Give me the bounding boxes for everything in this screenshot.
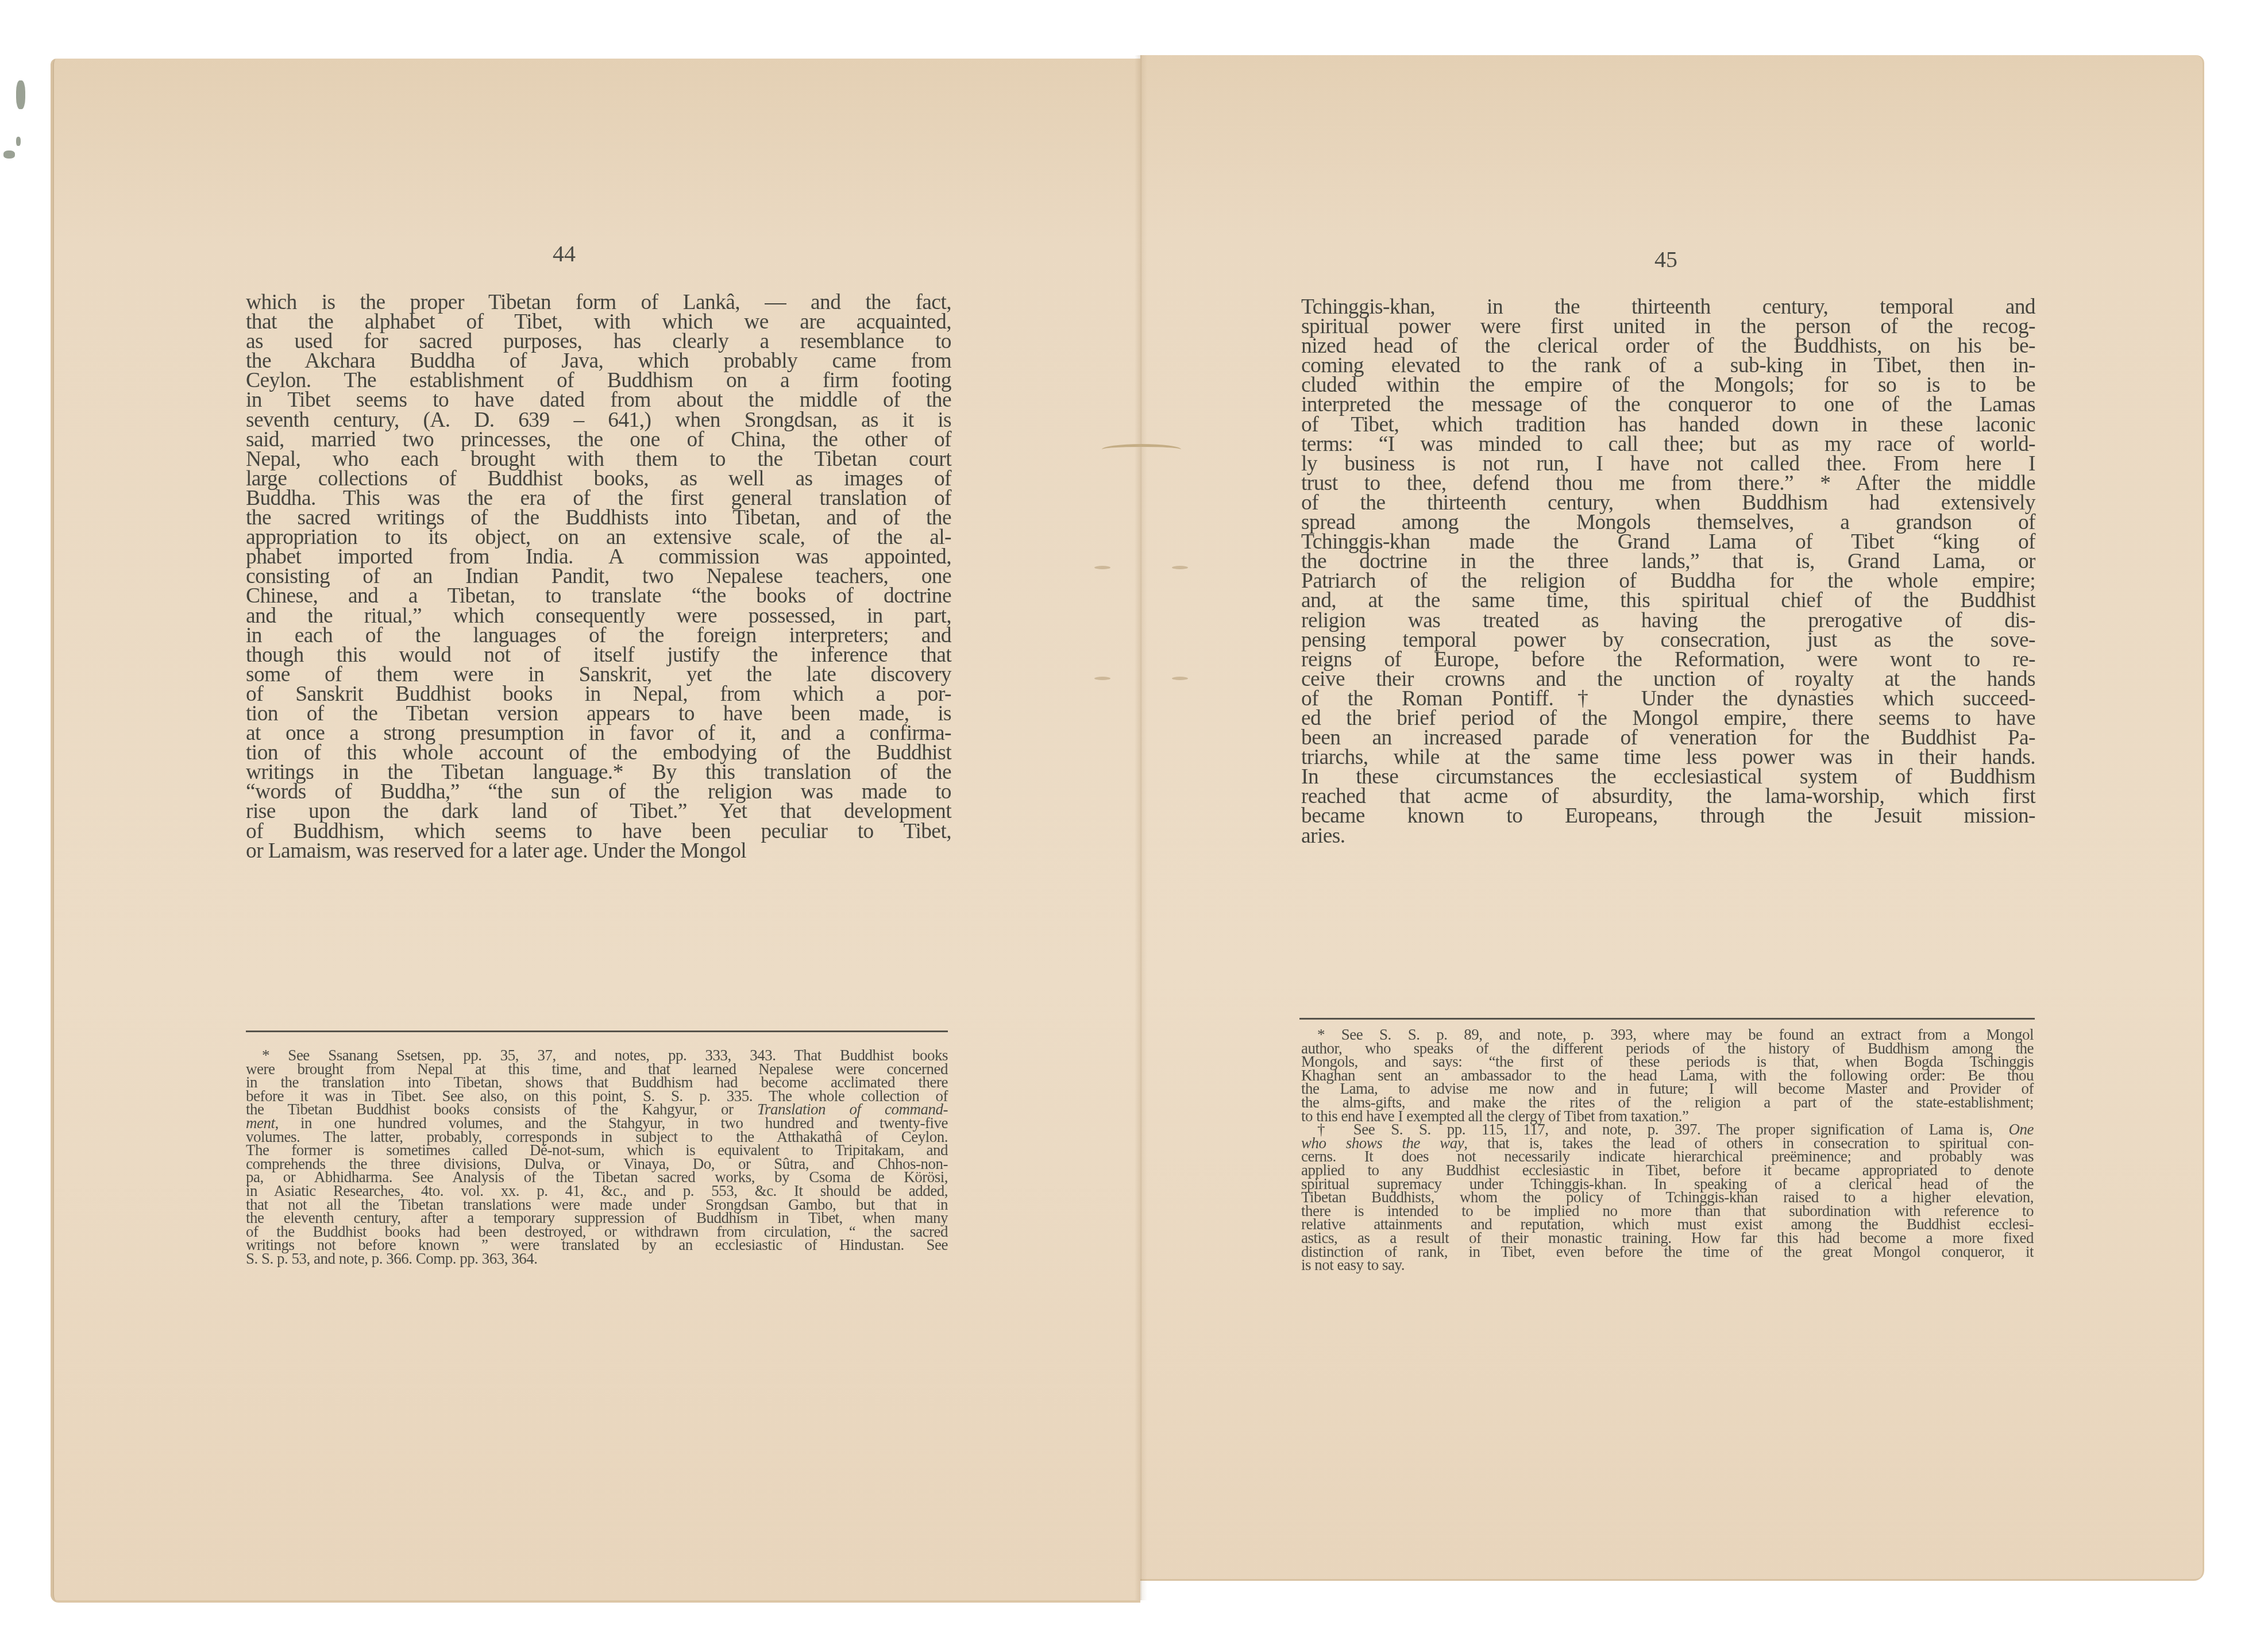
text-line: ed the brief period of the Mongol empire… xyxy=(1301,709,2035,728)
text-line: rise upon the dark land of Tibet.” Yet t… xyxy=(246,802,951,821)
footnote-line: is not easy to say. xyxy=(1301,1259,2034,1272)
debris-speck xyxy=(16,137,21,146)
text-line: ceive their crowns and the unction of ro… xyxy=(1301,670,2035,689)
text-line: trust to thee, defend thou me from there… xyxy=(1301,474,2035,493)
text-line: and, at the same time, this spiritual ch… xyxy=(1301,591,2035,611)
text-line: coming elevated to the rank of a sub-kin… xyxy=(1301,356,2035,376)
text-line: of Tibet, which tradition has handed dow… xyxy=(1301,415,2035,435)
text-line: the doctrine in the three lands,” that i… xyxy=(1301,552,2035,572)
text-line: seventh century, (A. D. 639 – 641,) when… xyxy=(246,411,951,430)
text-line: the Akchara Buddha of Java, which probab… xyxy=(246,352,951,371)
text-line: of the thirteenth century, when Buddhism… xyxy=(1301,493,2035,513)
text-line: writings in the Tibetan language.* By th… xyxy=(246,763,951,782)
footnote-line: S. S. p. 53, and note, p. 366. Comp. pp.… xyxy=(246,1252,948,1266)
text-line: religion was treated as having the prero… xyxy=(1301,611,2035,631)
text-line: in Tibet seems to have dated from about … xyxy=(246,391,951,410)
text-line: which is the proper Tibetan form of Lank… xyxy=(246,293,951,312)
text-line: reigns of Europe, before the Reformation… xyxy=(1301,650,2035,670)
text-line: appropriation to its object, on an exten… xyxy=(246,528,951,547)
text-line: pensing temporal power by consecration, … xyxy=(1301,631,2035,650)
text-line: been an increased parade of veneration f… xyxy=(1301,728,2035,748)
binding-hole xyxy=(1094,677,1110,680)
text-line: Chinese, and a Tibetan, to translate “th… xyxy=(246,586,951,606)
text-line: Tchinggis-khan made the Grand Lama of Ti… xyxy=(1301,532,2035,552)
left-footnotes: * See Ssanang Ssetsen, pp. 35, 37, and n… xyxy=(246,1049,948,1266)
text-line: tion of the Tibetan version appears to h… xyxy=(246,704,951,724)
right-footnotes: * See S. S. p. 89, and note, p. 393, whe… xyxy=(1301,1028,2034,1272)
text-line: that the alphabet of Tibet, with which w… xyxy=(246,312,951,332)
text-line: in each of the languages of the foreign … xyxy=(246,626,951,646)
left-body-text: which is the proper Tibetan form of Lank… xyxy=(246,293,951,861)
binding-hole xyxy=(1172,566,1188,569)
text-line: large collections of Buddhist books, as … xyxy=(246,469,951,489)
text-line: at once a strong presumption in favor of… xyxy=(246,724,951,743)
book-spine xyxy=(1135,55,1147,1600)
text-line: became known to Europeans, through the J… xyxy=(1301,806,2035,826)
binding-hole xyxy=(1094,566,1110,569)
text-line: In these circumstances the ecclesiastica… xyxy=(1301,767,2035,787)
text-line: some of them were in Sanskrit, yet the l… xyxy=(246,665,951,685)
footnote-rule-right xyxy=(1299,1018,2035,1020)
footnote-rule-left xyxy=(246,1031,948,1032)
text-line: of Sanskrit Buddhist books in Nepal, fro… xyxy=(246,685,951,704)
text-line: though this would not of itself justify … xyxy=(246,646,951,665)
text-line: consisting of an Indian Pandit, two Nepa… xyxy=(246,567,951,586)
text-line: Ceylon. The establishment of Buddhism on… xyxy=(246,371,951,391)
text-line: aries. xyxy=(1301,827,2035,846)
text-line: spread among the Mongols themselves, a g… xyxy=(1301,513,2035,532)
text-line: or Lamaism, was reserved for a later age… xyxy=(246,842,951,861)
text-line: as used for sacred purposes, has clearly… xyxy=(246,332,951,352)
text-line: the sacred writings of the Buddhists int… xyxy=(246,508,951,528)
text-line: Tchinggis-khan, in the thirteenth centur… xyxy=(1301,298,2035,317)
binding-thread xyxy=(1102,444,1181,455)
binding-hole xyxy=(1172,677,1188,680)
text-line: ly business is not run, I have not calle… xyxy=(1301,454,2035,474)
text-line: reached that acme of absurdity, the lama… xyxy=(1301,787,2035,806)
text-line: of the Roman Pontiff.† Under the dynasti… xyxy=(1301,689,2035,709)
page-number-right: 45 xyxy=(1631,246,1700,273)
debris-speck xyxy=(3,150,15,159)
text-line: phabet imported from India. A commission… xyxy=(246,547,951,567)
text-line: cluded within the empire of the Mongols;… xyxy=(1301,376,2035,395)
text-line: terms: “I was minded to call thee; but a… xyxy=(1301,435,2035,454)
text-line: spiritual power were first united in the… xyxy=(1301,317,2035,337)
footnote-line: distinction of rank, in Tibet, even befo… xyxy=(1301,1245,2034,1259)
text-line: said, married two princesses, the one of… xyxy=(246,430,951,450)
text-line: interpreted the message of the conqueror… xyxy=(1301,395,2035,415)
debris-speck xyxy=(16,80,25,109)
text-line: tion of this whole account of the embody… xyxy=(246,743,951,763)
text-line: Patriarch of the religion of Buddha for … xyxy=(1301,572,2035,591)
text-line: nized head of the clerical order of the … xyxy=(1301,337,2035,356)
text-line: and the ritual,” which consequently were… xyxy=(246,607,951,626)
text-line: “words of Buddha,” “the sun of the relig… xyxy=(246,782,951,802)
text-line: Buddha. This was the era of the first ge… xyxy=(246,489,951,508)
page-number-left: 44 xyxy=(530,240,599,267)
right-body-text: Tchinggis-khan, in the thirteenth centur… xyxy=(1301,298,2035,846)
text-line: triarchs, while at the same time less po… xyxy=(1301,748,2035,767)
text-line: Nepal, who each brought with them to the… xyxy=(246,450,951,469)
text-line: of Buddhism, which seems to have been pe… xyxy=(246,822,951,842)
